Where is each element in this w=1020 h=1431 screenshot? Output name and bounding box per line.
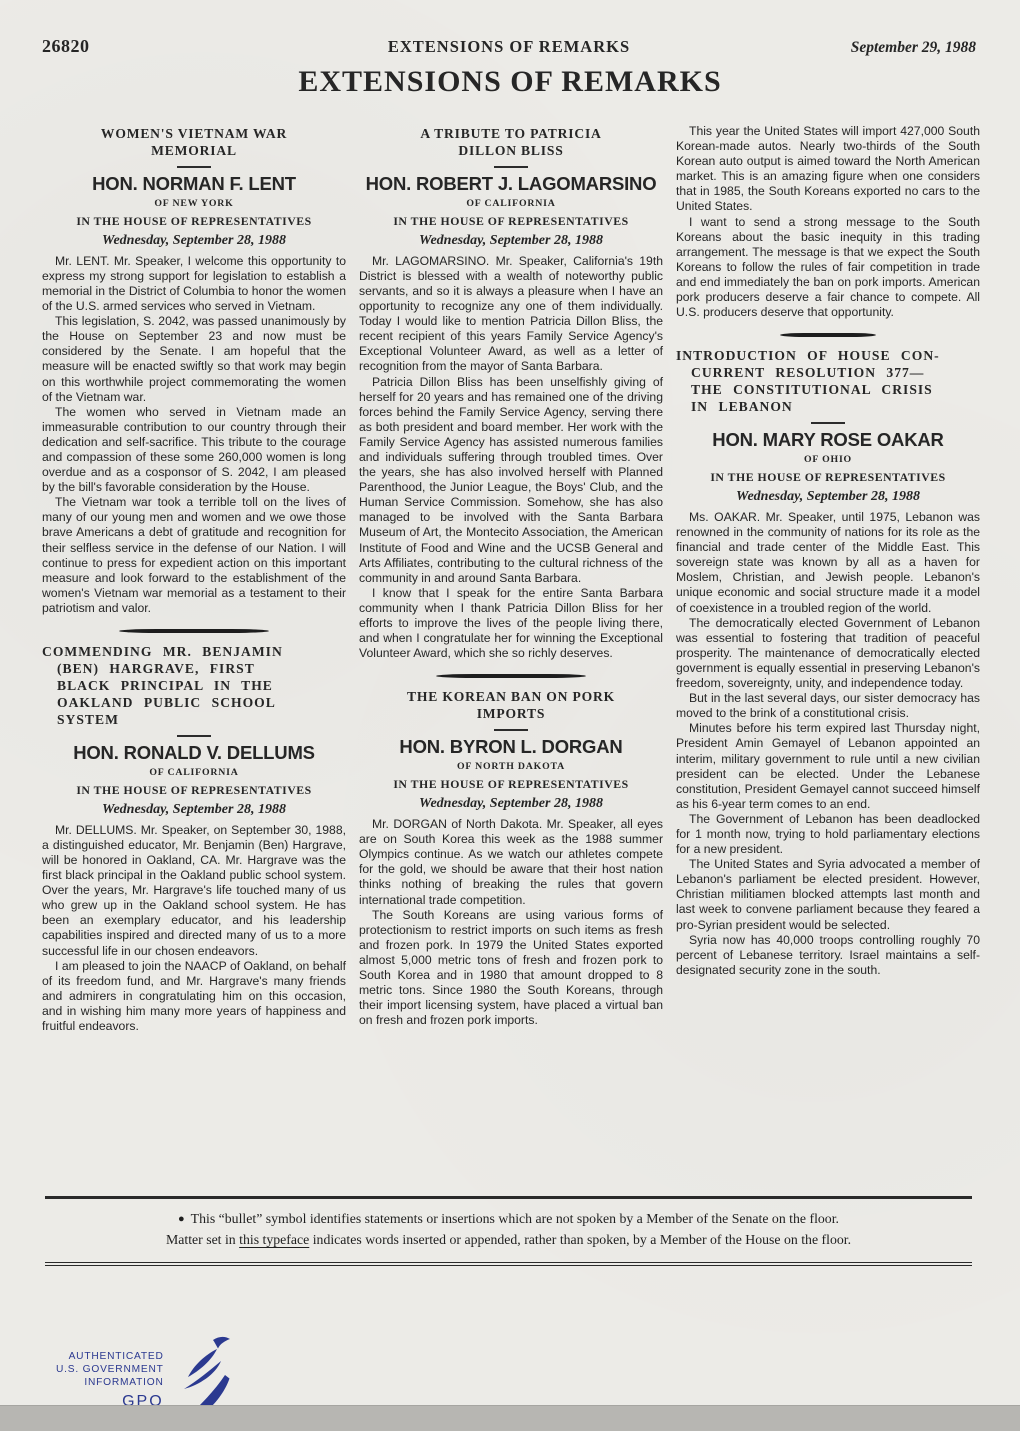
footer-note-line2-suffix: indicates words inserted or appended, ra… [309,1232,851,1247]
paragraph: This legislation, S. 2042, was passed un… [42,314,346,405]
footer-note-line2: Matter set in this typeface indicates wo… [61,1230,956,1250]
text-columns: WOMEN'S VIETNAM WAR MEMORIAL HON. NORMAN… [42,124,980,1190]
paragraph: Mr. DELLUMS. Mr. Speaker, on September 3… [42,823,346,959]
member-name-oakar: HON. MARY ROSE OAKAR [676,429,980,450]
member-state: OF NEW YORK [42,196,346,211]
paragraph: But in the last several days, our sister… [676,691,980,721]
article-divider [119,629,269,633]
article-title-korean-ban: THE KOREAN BAN ON PORK IMPORTS [359,688,663,722]
gpo-authentication-text: AUTHENTICATED U.S. GOVERNMENT INFORMATIO… [56,1350,164,1408]
running-header: 26820 EXTENSIONS OF REMARKS September 29… [0,0,1020,57]
dateline: Wednesday, September 28, 1988 [359,233,663,248]
article-title-memorial: WOMEN'S VIETNAM WAR MEMORIAL [42,125,346,159]
footer-note: ●This “bullet” symbol identifies stateme… [45,1196,972,1266]
paragraph: This year the United States will import … [676,124,980,215]
paragraph: Patricia Dillon Bliss has been unselfish… [359,375,663,586]
paragraph: The democratically elected Government of… [676,616,980,691]
heading-divider [177,166,211,168]
running-title: EXTENSIONS OF REMARKS [388,37,630,57]
heading-divider [177,735,211,737]
heading-divider [811,422,845,424]
member-state: OF CALIFORNIA [359,196,663,211]
column-3: This year the United States will import … [676,124,980,1190]
paragraph: The Government of Lebanon has been deadl… [676,812,980,857]
scan-edge-strip [0,1405,1020,1431]
dateline: Wednesday, September 28, 1988 [42,233,346,248]
footer-note-line2-prefix: Matter set in [166,1232,239,1247]
gpo-text-line3: INFORMATION [56,1376,164,1389]
paragraph: Syria now has 40,000 troops controlling … [676,933,980,978]
page-title: EXTENSIONS OF REMARKS [0,65,1020,99]
member-state: OF NORTH DAKOTA [359,759,663,774]
chamber-line: IN THE HOUSE OF REPRESENTATIVES [42,783,346,798]
paragraph: Mr. LAGOMARSINO. Mr. Speaker, California… [359,254,663,375]
paragraph: Ms. OAKAR. Mr. Speaker, until 1975, Leba… [676,510,980,616]
footer-note-line1: ●This “bullet” symbol identifies stateme… [61,1209,956,1230]
chamber-line: IN THE HOUSE OF REPRESENTATIVES [359,777,663,792]
paragraph: The United States and Syria advocated a … [676,857,980,932]
article-title-lebanon: INTRODUCTION OF HOUSE CON- CURRENT RESOL… [676,347,980,415]
dateline: Wednesday, September 28, 1988 [42,802,346,817]
page-number: 26820 [42,36,388,57]
congressional-record-page: 26820 EXTENSIONS OF REMARKS September 29… [0,0,1020,1431]
chamber-line: IN THE HOUSE OF REPRESENTATIVES [359,214,663,229]
chamber-line: IN THE HOUSE OF REPRESENTATIVES [42,214,346,229]
footer-note-typeface-sample: this typeface [239,1232,309,1247]
article-divider [780,333,876,337]
member-name-dorgan: HON. BYRON L. DORGAN [359,736,663,757]
column-1: WOMEN'S VIETNAM WAR MEMORIAL HON. NORMAN… [42,124,346,1190]
dateline: Wednesday, September 28, 1988 [359,796,663,811]
issue-date: September 29, 1988 [630,39,976,57]
paragraph: The Vietnam war took a terrible toll on … [42,495,346,616]
paragraph: I know that I speak for the entire Santa… [359,586,663,661]
paragraph: The women who served in Vietnam made an … [42,405,346,496]
gpo-text-line1: AUTHENTICATED [56,1350,164,1363]
bullet-icon: ● [178,1213,185,1225]
footer-note-line1-text: This “bullet” symbol identifies statemen… [191,1211,839,1226]
paragraph: Minutes before his term expired last Thu… [676,721,980,812]
dateline: Wednesday, September 28, 1988 [676,489,980,504]
member-name-dellums: HON. RONALD V. DELLUMS [42,742,346,763]
article-title-commending: COMMENDING MR. BENJAMIN (BEN) HARGRAVE, … [42,643,346,728]
member-name-lent: HON. NORMAN F. LENT [42,173,346,194]
heading-divider [494,166,528,168]
paragraph: The South Koreans are using various form… [359,908,663,1029]
paragraph: Mr. LENT. Mr. Speaker, I welcome this op… [42,254,346,314]
chamber-line: IN THE HOUSE OF REPRESENTATIVES [676,470,980,485]
column-2: A TRIBUTE TO PATRICIA DILLON BLISS HON. … [359,124,663,1190]
member-state: OF OHIO [676,452,980,467]
heading-divider [494,729,528,731]
member-name-lagomarsino: HON. ROBERT J. LAGOMARSINO [359,173,663,194]
gpo-text-line2: U.S. GOVERNMENT [56,1363,164,1376]
paragraph: Mr. DORGAN of North Dakota. Mr. Speaker,… [359,817,663,908]
paragraph: I want to send a strong message to the S… [676,215,980,321]
paragraph: I am pleased to join the NAACP of Oaklan… [42,959,346,1034]
article-divider [436,674,586,678]
article-title-tribute: A TRIBUTE TO PATRICIA DILLON BLISS [359,125,663,159]
member-state: OF CALIFORNIA [42,765,346,780]
